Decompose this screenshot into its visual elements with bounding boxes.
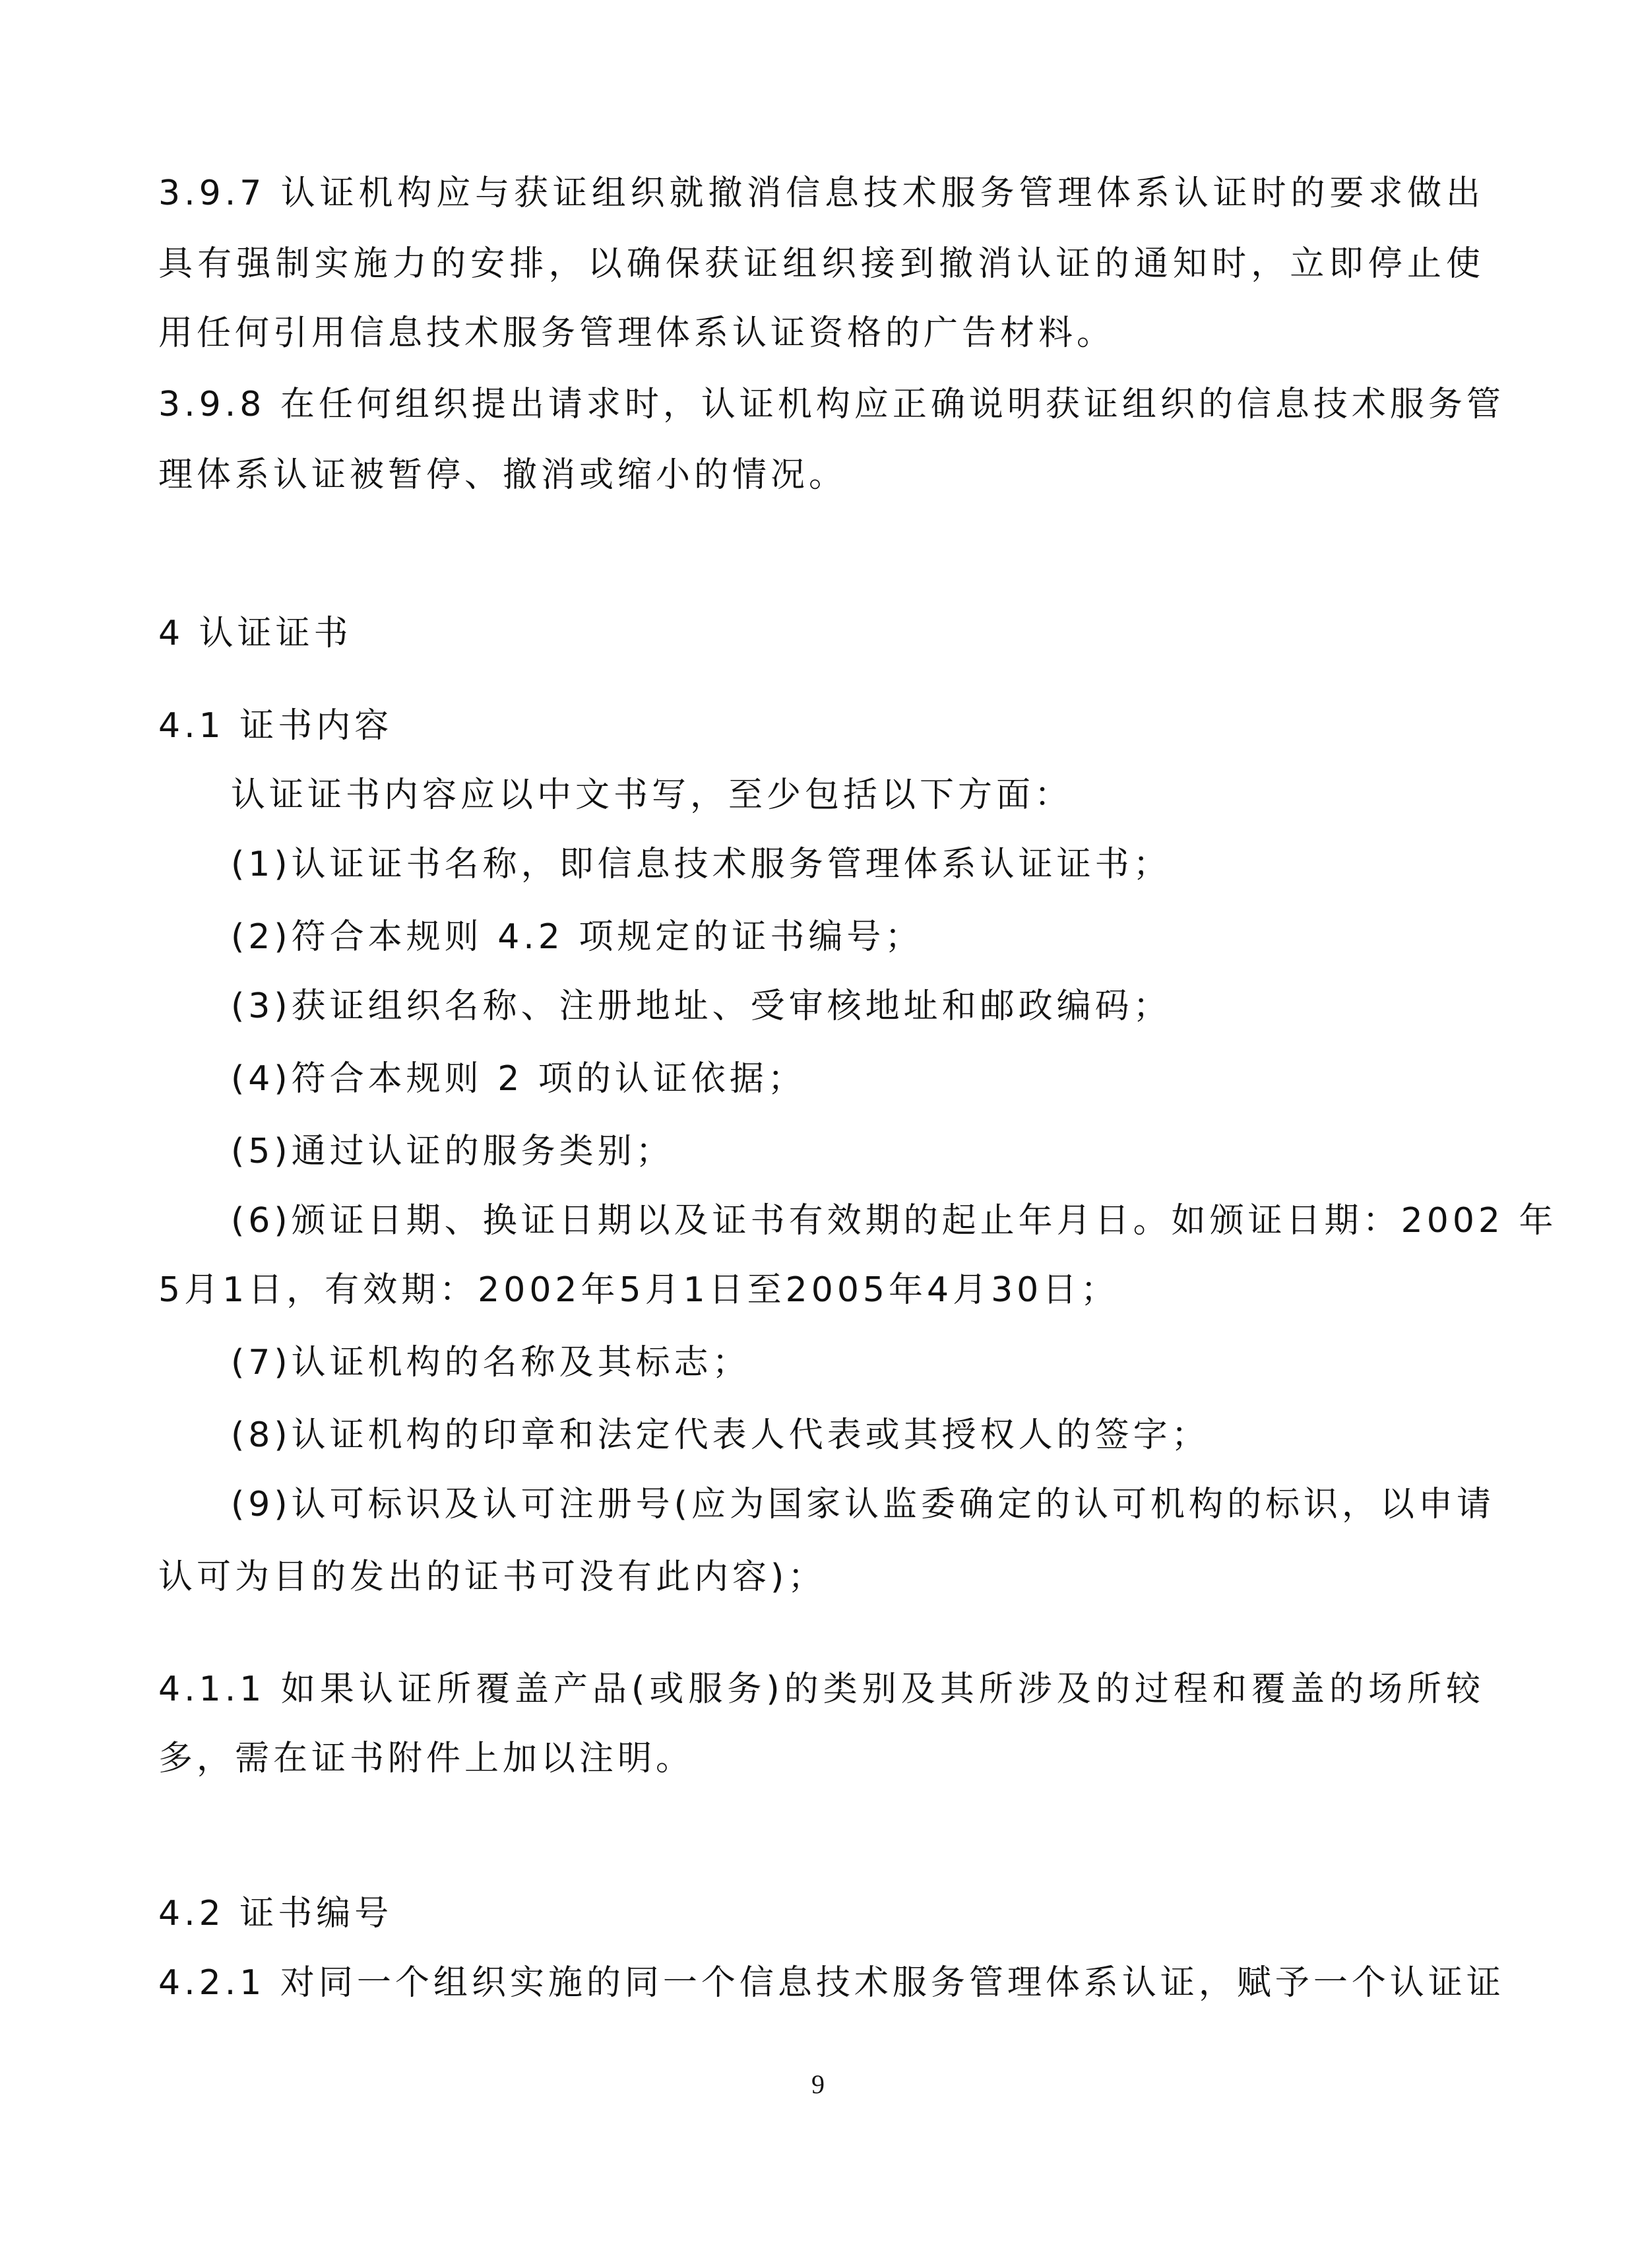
list-item-6-line-1: (6)颁证日期、换证日期以及证书有效期的起止年月日。如颁证日期：2002 年 <box>231 1198 1484 1244</box>
list-item-8: (8)认证机构的印章和法定代表人代表或其授权人的签字； <box>231 1412 1484 1458</box>
list-item-9-line-2: 认可为目的发出的证书可没有此内容)； <box>158 1554 1484 1600</box>
list-item-9-line-1: (9)认可标识及认可注册号(应为国家认监委确定的认可机构的标识，以申请 <box>231 1481 1484 1528</box>
page-number: 9 <box>0 2069 1636 2100</box>
clause-4-2-1-line-1: 4.2.1 对同一个组织实施的同一个信息技术服务管理体系认证，赋予一个认证证 <box>158 1960 1484 2006</box>
clause-3-9-8-line-2: 理体系认证被暂停、撤消或缩小的情况。 <box>158 452 1484 498</box>
section-heading-4-2: 4.2 证书编号 <box>158 1891 1484 1937</box>
document-page: 3.9.7 认证机构应与获证组织就撤消信息技术服务管理体系认证时的要求做出 具有… <box>0 0 1636 2268</box>
section-heading-4-1: 4.1 证书内容 <box>158 703 1484 749</box>
list-item-2: (2)符合本规则 4.2 项规定的证书编号； <box>231 914 1484 960</box>
list-item-3: (3)获证组织名称、注册地址、受审核地址和邮政编码； <box>231 983 1484 1029</box>
list-item-6-line-2: 5月1日，有效期：2002年5月1日至2005年4月30日； <box>158 1267 1484 1313</box>
list-item-4: (4)符合本规则 2 项的认证依据； <box>231 1056 1484 1102</box>
list-item-1: (1)认证证书名称，即信息技术服务管理体系认证证书； <box>231 841 1484 888</box>
clause-4-1-1-line-1: 4.1.1 如果认证所覆盖产品(或服务)的类别及其所涉及的过程和覆盖的场所较 <box>158 1666 1484 1712</box>
clause-4-1-1-line-2: 多，需在证书附件上加以注明。 <box>158 1735 1484 1782</box>
clause-3-9-7-line-2: 具有强制实施力的安排，以确保获证组织接到撤消认证的通知时，立即停止使 <box>158 241 1484 287</box>
clause-3-9-8-line-1: 3.9.8 在任何组织提出请求时，认证机构应正确说明获证组织的信息技术服务管 <box>158 381 1484 428</box>
clause-3-9-7-line-3: 用任何引用信息技术服务管理体系认证资格的广告材料。 <box>158 310 1484 356</box>
list-item-5: (5)通过认证的服务类别； <box>231 1128 1484 1175</box>
list-item-7: (7)认证机构的名称及其标志； <box>231 1340 1484 1386</box>
certificate-content-intro: 认证证书内容应以中文书写，至少包括以下方面： <box>231 772 1484 818</box>
section-heading-4: 4 认证证书 <box>158 610 1484 657</box>
clause-3-9-7-line-1: 3.9.7 认证机构应与获证组织就撤消信息技术服务管理体系认证时的要求做出 <box>158 170 1484 216</box>
